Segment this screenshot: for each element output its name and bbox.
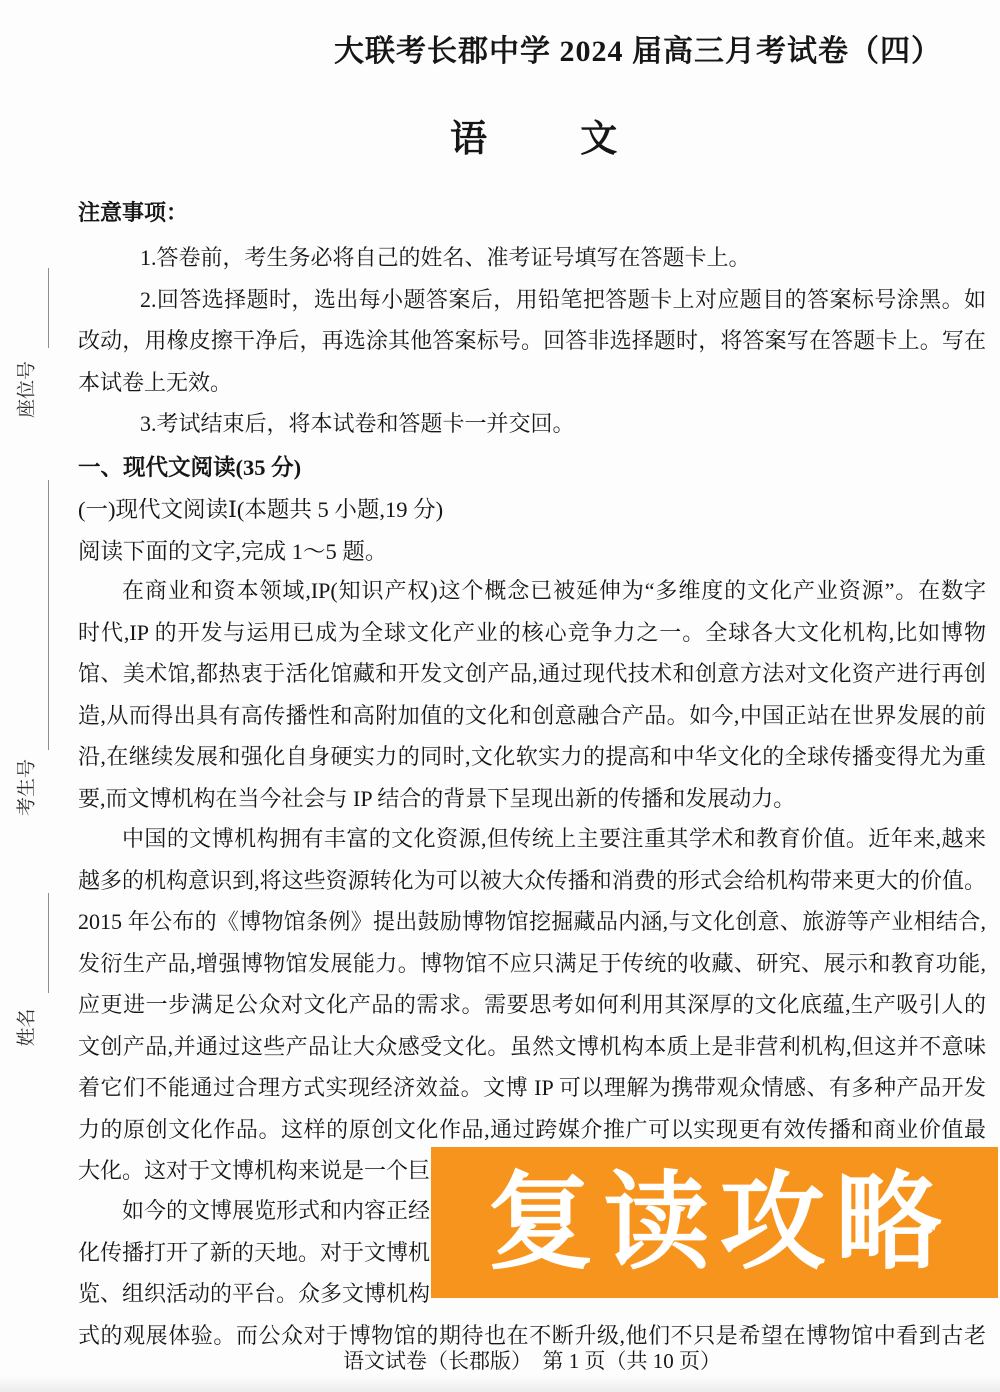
notice-item: 改动，用橡皮擦干净后，再选涂其他答案标号。回答非选择题时，将答案写在答题卡上。写… (78, 320, 986, 362)
subject-char-1: 语 (450, 119, 487, 160)
page-title: 大联考长郡中学 2024 届高三月考试卷（四） (334, 26, 942, 70)
passage-line: 沿,在继续发展和强化自身硬实力的同时,文化软实力的提高和中华文化的全球传播变得尤… (78, 736, 986, 778)
notice-block: 1.答卷前，考生务必将自己的姓名、准考证号填写在答题卡上。 2.回答选择题时，选… (78, 237, 986, 445)
passage-paragraph-1: 在商业和资本领域,IP(知识产权)这个概念已被延伸为“多维度的文化产业资源”。在… (78, 570, 986, 819)
passage-line: 馆、美术馆,都热衷于活化馆藏和开发文创产品,通过现代技术和创意方法对文化资产进行… (78, 653, 986, 695)
page-footer: 语文试卷（长郡版） 第 1 页（共 10 页） (78, 1345, 986, 1375)
scan-shadow (0, 1376, 1000, 1392)
reading-instruction: 阅读下面的文字,完成 1～5 题。 (78, 534, 387, 566)
passage-line: 中国的文博机构拥有丰富的文化资源,但传统上主要注重其学术和教育价值。近年来,越来 (78, 818, 986, 860)
promo-banner: 复读攻略 (431, 1147, 998, 1298)
notice-heading: 注意事项： (78, 196, 188, 227)
passage-line: 造,从而得出具有高传播性和高附加值的文化和创意融合产品。如今,中国正站在世界发展… (78, 695, 986, 737)
passage-line: 时代,IP 的开发与运用已成为全球文化产业的核心竞争力之一。全球各大文化机构,比… (78, 612, 986, 654)
exam-paper-page: 座位号 考生号 姓名 大联考长郡中学 2024 届高三月考试卷（四） 语 文 注… (0, 0, 1000, 1392)
passage-line: 着它们不能通过合理方式实现经济效益。文博 IP 可以理解为携带观众情感、有多种产… (78, 1067, 986, 1109)
passage-line: 发衍生产品,增强博物馆发展能力。博物馆不应只满足于传统的收藏、研究、展示和教育功… (78, 943, 986, 985)
seal-line-segment (48, 268, 49, 348)
subject-title: 语 文 (450, 108, 617, 162)
passage-line: 力的原创文化作品。这样的原创文化作品,通过跨媒介推广可以实现更有效传播和商业价值… (78, 1109, 986, 1151)
seal-line-segment (48, 480, 49, 750)
notice-item: 本试卷上无效。 (78, 362, 986, 404)
passage-line: 在商业和资本领域,IP(知识产权)这个概念已被延伸为“多维度的文化产业资源”。在… (78, 570, 986, 612)
name-label: 姓名 (12, 988, 39, 1068)
notice-item: 3.考试结束后，将本试卷和答题卡一并交回。 (78, 403, 986, 445)
passage-line: 2015 年公布的《博物馆条例》提出鼓励博物馆挖掘藏品内涵,与文化创意、旅游等产… (78, 901, 986, 943)
promo-banner-text: 复读攻略 (488, 1170, 952, 1276)
seat-number-label: 座位号 (12, 350, 39, 430)
candidate-number-label: 考生号 (12, 748, 39, 828)
passage-line: 要,而文博机构在当今社会与 IP 结合的背景下呈现出新的传播和发展动力。 (78, 778, 986, 820)
passage-line: 越多的机构意识到,将这些资源转化为可以被大众传播和消费的形式会给机构带来更大的价… (78, 860, 986, 902)
subsection-heading: (一)现代文阅读Ⅰ(本题共 5 小题,19 分) (78, 492, 443, 524)
subject-char-2: 文 (580, 119, 617, 160)
passage-line: 应更进一步满足公众对文化产品的需求。需要思考如何利用其深厚的文化底蕴,生产吸引人… (78, 984, 986, 1026)
notice-item: 2.回答选择题时，选出每小题答案后，用铅笔把答题卡上对应题目的答案标号涂黑。如需 (78, 279, 986, 321)
seal-line-segment (48, 893, 49, 993)
passage-paragraph-2: 中国的文博机构拥有丰富的文化资源,但传统上主要注重其学术和教育价值。近年来,越来… (78, 818, 986, 1192)
passage-line: 文创产品,并通过这些产品让大众感受文化。虽然文博机构本质上是非营利机构,但这并不… (78, 1026, 986, 1068)
notice-item: 1.答卷前，考生务必将自己的姓名、准考证号填写在答题卡上。 (78, 237, 986, 279)
section-heading: 一、现代文阅读(35 分) (78, 450, 301, 482)
